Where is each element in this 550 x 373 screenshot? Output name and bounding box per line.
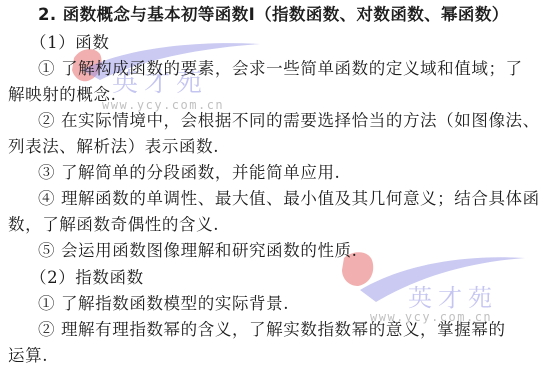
watermark-logo-bottom: 英才苑 www.ycy.com.cn: [330, 250, 530, 330]
list-item-line: ② 在实际情境中，会根据不同的需要选择恰当的方法（如图像法、: [38, 110, 540, 132]
watermark-logo-text: 英才苑: [408, 278, 498, 313]
list-item-line: ④ 理解函数的单调性、最大值、最小值及其几何意义；结合具体函: [38, 188, 540, 210]
list-item-line: 解映射的概念.: [8, 84, 116, 106]
section-heading-exponential: （2）指数函数: [30, 267, 144, 289]
section-heading-functions: （1）函数: [30, 32, 110, 54]
list-item-line: ② 理解有理指数幂的含义，了解实数指数幂的意义，掌握幂的: [38, 319, 506, 341]
document-title: 2. 函数概念与基本初等函数Ⅰ（指数函数、对数函数、幂函数）: [38, 4, 509, 26]
watermark-swoosh-icon: [330, 250, 530, 330]
list-item-line: 列表法、解析法）表示函数.: [8, 136, 219, 158]
list-item-line: ① 了解构成函数的要素，会求一些简单函数的定义域和值域；了: [38, 58, 523, 80]
list-item-line: ⑤ 会运用函数图像理解和研究函数的性质.: [38, 240, 358, 262]
list-item-line: ③ 了解简单的分段函数，并能简单应用.: [38, 162, 340, 184]
list-item-line: ① 了解指数函数模型的实际背景.: [38, 293, 289, 315]
list-item-line: 运算.: [8, 345, 48, 367]
list-item-line: 数，了解函数奇偶性的含义.: [8, 214, 219, 236]
